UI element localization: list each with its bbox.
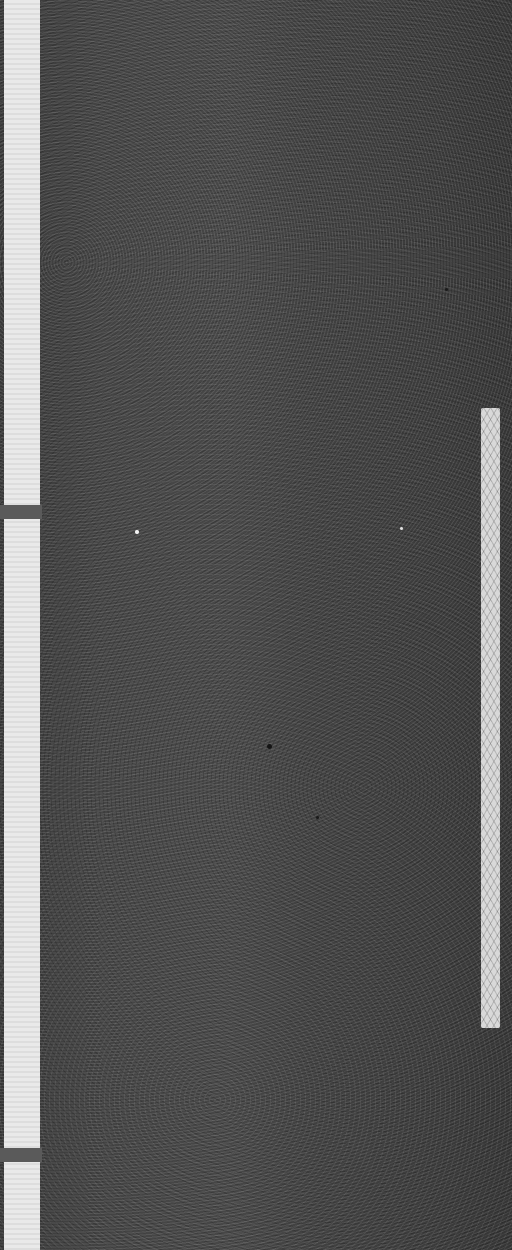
left-edge-line-segment	[4, 1162, 40, 1250]
left-edge-line-segment	[4, 519, 40, 1148]
left-edge-line-segment	[4, 0, 40, 505]
left-edge-line-gap	[0, 505, 42, 519]
debris-speck	[135, 530, 139, 534]
debris-speck	[267, 744, 272, 749]
debris-speck	[445, 288, 448, 291]
debris-speck	[400, 527, 403, 530]
left-edge-line-gap	[0, 1148, 42, 1162]
debris-speck	[316, 816, 319, 819]
asphalt-surface	[0, 0, 512, 1250]
right-lane-dash	[481, 408, 500, 1028]
